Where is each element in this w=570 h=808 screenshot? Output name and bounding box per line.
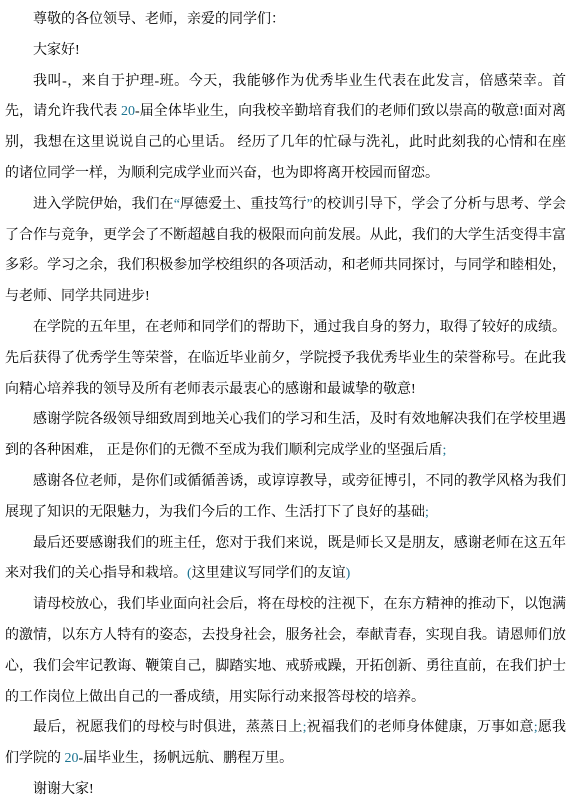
highlighted-text: ;	[425, 505, 429, 520]
paragraph: 我叫-，来自于护理-班。今天，我能够作为优秀毕业生代表在此发言，倍感荣幸。首先，…	[5, 67, 566, 190]
text-run: 谢谢大家!	[33, 782, 94, 797]
highlighted-text: 20	[121, 104, 135, 119]
text-run: 大家好!	[33, 43, 80, 58]
document-page: 尊敬的各位领导、老师，亲爱的同学们：大家好!我叫-，来自于护理-班。今天，我能够…	[0, 0, 570, 806]
text-run: 请母校放心，我们毕业面向社会后，将在母校的注视下，在东方精神的推动下，以饱满的激…	[5, 597, 566, 704]
paragraph: 谢谢大家!	[5, 775, 566, 806]
text-run: 的校训引导下，学会了分析与思考、学会了合作与竞争，更学会了不断超越自我的极限而向…	[5, 197, 566, 304]
highlighted-text: )	[346, 566, 351, 581]
text-run: 祝福我们的老师身体健康，万事如意	[307, 720, 534, 735]
paragraph: 请母校放心，我们毕业面向社会后，将在母校的注视下，在东方精神的推动下，以饱满的激…	[5, 590, 566, 713]
highlighted-text: 20	[65, 751, 79, 766]
document-body: 尊敬的各位领导、老师，亲爱的同学们：大家好!我叫-，来自于护理-班。今天，我能够…	[5, 5, 566, 806]
text-run: 尊敬的各位领导、老师，亲爱的同学们：	[33, 12, 285, 27]
paragraph: 大家好!	[5, 36, 566, 67]
text-run: 最后，祝愿我们的母校与时俱进，蒸蒸日上	[33, 720, 303, 735]
text-run: 感谢各位老师，是你们或循循善诱，或谆谆教导，或旁征博引，不同的教学风格为我们展现…	[5, 474, 566, 520]
paragraph: 感谢学院各级领导细致周到地关心我们的学习和生活，及时有效地解决我们在学校里遇到的…	[5, 405, 566, 467]
text-run: 感谢学院各级领导细致周到地关心我们的学习和生活，及时有效地解决我们在学校里遇到的…	[5, 412, 566, 458]
highlighted-text: ;	[443, 443, 447, 458]
paragraph: 最后，祝愿我们的母校与时俱进，蒸蒸日上;祝福我们的老师身体健康，万事如意;愿我们…	[5, 713, 566, 775]
paragraph: 感谢各位老师，是你们或循循善诱，或谆谆教导，或旁征博引，不同的教学风格为我们展现…	[5, 467, 566, 529]
text-run: 这里建议写同学们的友谊	[192, 566, 346, 581]
text-run: 进入学院伊始，我们在	[33, 197, 174, 212]
paragraph: 进入学院伊始，我们在“厚德爱土、重技笃行”的校训引导下，学会了分析与思考、学会了…	[5, 190, 566, 313]
paragraph: 最后还要感谢我们的班主任，您对于我们来说，既是师长又是朋友，感谢老师在这五年来对…	[5, 529, 566, 591]
text-run: -届毕业生，扬帆远航、鹏程万里。	[79, 751, 294, 766]
paragraph: 尊敬的各位领导、老师，亲爱的同学们：	[5, 5, 566, 36]
paragraph: 在学院的五年里，在老师和同学们的帮助下，通过我自身的努力，取得了较好的成绩。先后…	[5, 313, 566, 405]
text-run: 厚德爱土、重技笃行	[180, 197, 307, 212]
text-run: 在学院的五年里，在老师和同学们的帮助下，通过我自身的努力，取得了较好的成绩。先后…	[5, 320, 566, 397]
